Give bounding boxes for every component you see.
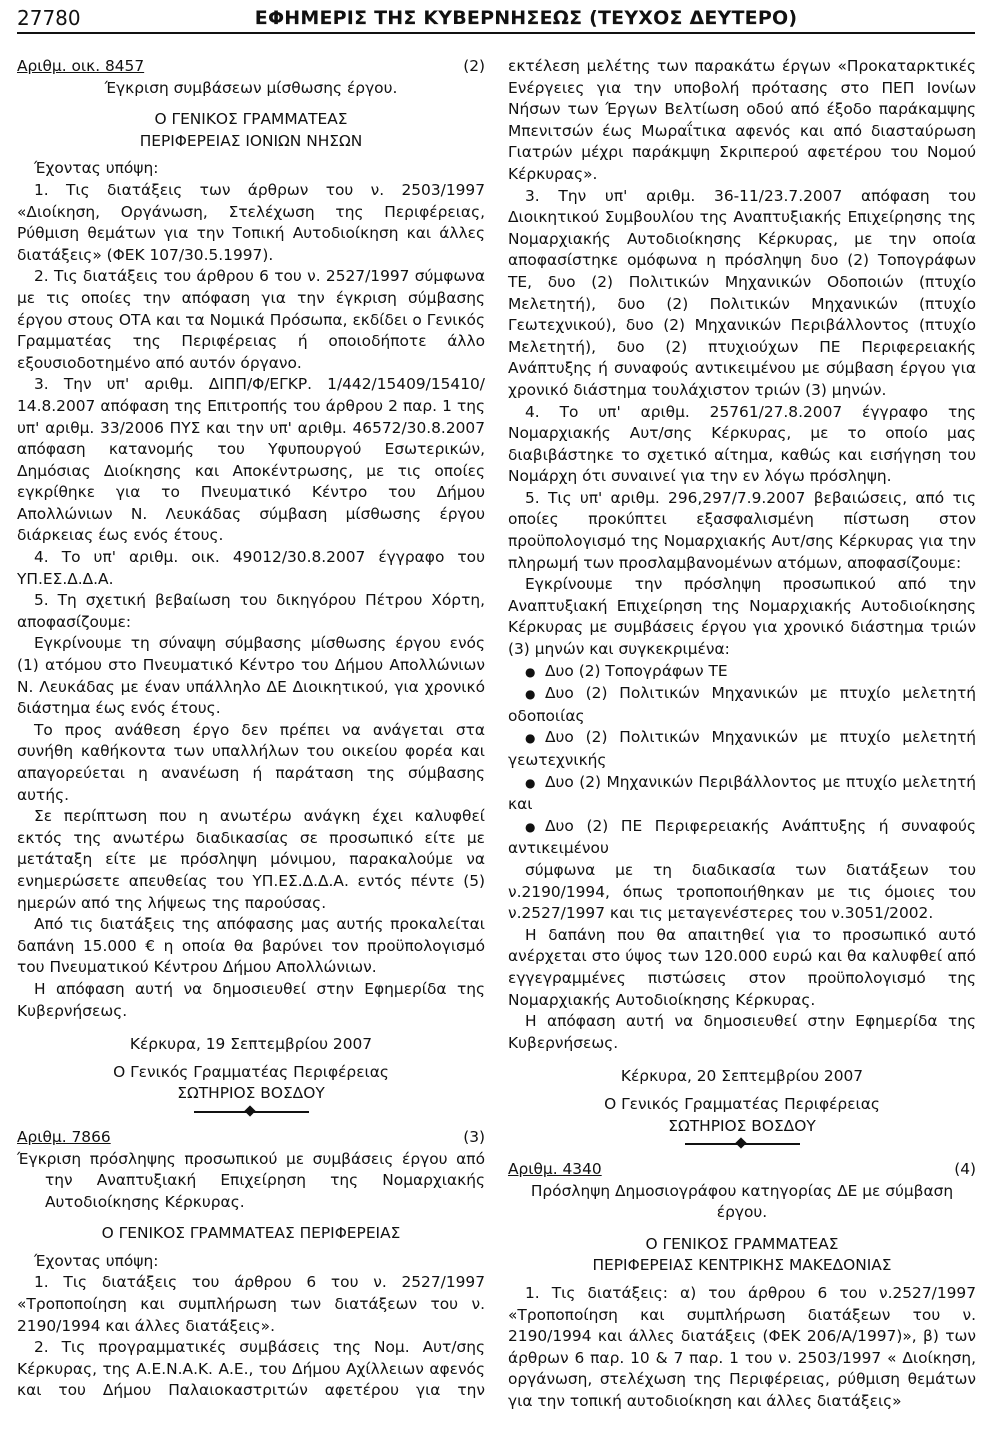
body-paragraph: σύμφωνα με τη διαδικασία των διατάξεων τ… <box>508 860 976 925</box>
decision-4: Αριθμ. 4340 (4) Πρόσληψη Δημοσιογράφου κ… <box>508 1159 976 1413</box>
body-paragraph: Η δαπάνη που θα απαιτηθεί για το προσωπι… <box>508 925 976 1011</box>
right-column: εκτέλεση μελέτης των παρακάτω έργων «Προ… <box>508 56 976 1413</box>
decision-seq: (4) <box>954 1159 976 1181</box>
place-date: Κέρκυρα, 20 Σεπτεμβρίου 2007 <box>508 1066 976 1088</box>
section-separator-icon <box>194 1107 309 1117</box>
decision-number-row: Αριθμ. 7866 (3) <box>17 1127 485 1149</box>
bullet-item: Δυο (2) Πολιτικών Μηχανικών με πτυχίο με… <box>508 683 976 727</box>
authority-heading: Ο ΓΕΝΙΚΟΣ ΓΡΑΜΜΑΤΕΑΣ ΠΕΡΙΦΕΡΕΙΑΣ ΚΕΝΤΡΙΚ… <box>508 1234 976 1277</box>
intro-text: Έχοντας υπόψη: <box>17 158 485 180</box>
authority-heading: Ο ΓΕΝΙΚΟΣ ΓΡΑΜΜΑΤΕΑΣ ΠΕΡΙΦΕΡΕΙΑΣ ΙΟΝΙΩΝ … <box>17 109 485 152</box>
considerations-item-continued: εκτέλεση μελέτης των παρακάτω έργων «Προ… <box>508 56 976 186</box>
considerations-item: 2. Τις διατάξεις του άρθρου 6 του ν. 252… <box>17 266 485 374</box>
page-header: 27780 ΕΦΗΜΕΡΙΣ ΤΗΣ ΚΥΒΕΡΝΗΣΕΩΣ (ΤΕΥΧΟΣ Δ… <box>17 4 975 34</box>
authority-line: ΠΕΡΙΦΕΡΕΙΑΣ ΙΟΝΙΩΝ ΝΗΣΩΝ <box>17 131 485 153</box>
body-paragraph: Η απόφαση αυτή να δημοσιευθεί στην Εφημε… <box>17 979 485 1022</box>
body-paragraph: Από τις διατάξεις της απόφασης μας αυτής… <box>17 914 485 979</box>
gazette-page: 27780 ΕΦΗΜΕΡΙΣ ΤΗΣ ΚΥΒΕΡΝΗΣΕΩΣ (ΤΕΥΧΟΣ Δ… <box>0 0 1000 1438</box>
decision-seq: (2) <box>463 56 485 78</box>
decision-subject: Έγκριση πρόσληψης προσωπικού με συμβάσει… <box>17 1149 485 1214</box>
place-date: Κέρκυρα, 19 Σεπτεμβρίου 2007 <box>17 1034 485 1056</box>
authority-heading: Ο ΓΕΝΙΚΟΣ ΓΡΑΜΜΑΤΕΑΣ ΠΕΡΙΦΕΡΕΙΑΣ <box>17 1223 485 1245</box>
decision-subject: Έγκριση συμβάσεων μίσθωσης έργου. <box>17 78 485 100</box>
journal-title: ΕΦΗΜΕΡΙΣ ΤΗΣ ΚΥΒΕΡΝΗΣΕΩΣ (ΤΕΥΧΟΣ ΔΕΥΤΕΡΟ… <box>17 4 975 32</box>
bullet-item: Δυο (2) Πολιτικών Μηχανικών με πτυχίο με… <box>508 727 976 771</box>
decision-number: Αριθμ. 4340 <box>508 1159 602 1181</box>
considerations-item: 5. Τις υπ' αριθμ. 296,297/7.9.2007 βεβαι… <box>508 488 976 574</box>
bullet-item: Δυο (2) Μηχανικών Περιβάλλοντος με πτυχί… <box>508 772 976 816</box>
left-column: Αριθμ. οικ. 8457 (2) Έγκριση συμβάσεων μ… <box>17 56 485 1402</box>
considerations-item: 3. Την υπ' αριθμ. ΔΙΠΠ/Φ/ΕΓΚΡ. 1/442/154… <box>17 374 485 547</box>
section-separator-icon <box>685 1139 800 1149</box>
authority-line: Ο ΓΕΝΙΚΟΣ ΓΡΑΜΜΑΤΕΑΣ <box>508 1234 976 1256</box>
signer-title: Ο Γενικός Γραμματέας Περιφέρειας <box>17 1062 485 1084</box>
considerations-item: 3. Την υπ' αριθμ. 36-11/23.7.2007 απόφασ… <box>508 186 976 402</box>
considerations-item: 1. Τις διατάξεις των άρθρων του ν. 2503/… <box>17 180 485 266</box>
considerations-item: 5. Τη σχετική βεβαίωση του δικηγόρου Πέτ… <box>17 590 485 633</box>
considerations-item: 2. Τις προγραμματικές συμβάσεις της Νομ.… <box>17 1337 485 1402</box>
body-paragraph: Το προς ανάθεση έργο δεν πρέπει να ανάγε… <box>17 720 485 806</box>
intro-text: Έχοντας υπόψη: <box>17 1251 485 1273</box>
body-paragraph: Εγκρίνουμε τη σύναψη σύμβασης μίσθωσης έ… <box>17 633 485 719</box>
signer-name: ΣΩΤΗΡΙΟΣ ΒΟΣΔΟΥ <box>17 1083 485 1105</box>
decision-number: Αριθμ. οικ. 8457 <box>17 56 144 78</box>
body-paragraph: Η απόφαση αυτή να δημοσιευθεί στην Εφημε… <box>508 1011 976 1054</box>
decision-number-row: Αριθμ. οικ. 8457 (2) <box>17 56 485 78</box>
considerations-item: 1. Τις διατάξεις: α) του άρθρου 6 του ν.… <box>508 1283 976 1413</box>
considerations-item: 1. Τις διατάξεις του άρθρου 6 του ν. 252… <box>17 1272 485 1337</box>
decision-2: Αριθμ. οικ. 8457 (2) Έγκριση συμβάσεων μ… <box>17 56 485 1117</box>
decision-number-row: Αριθμ. 4340 (4) <box>508 1159 976 1181</box>
considerations-item: 4. Το υπ' αριθμ. οικ. 49012/30.8.2007 έγ… <box>17 547 485 590</box>
decision-subject: Πρόσληψη Δημοσιογράφου κατηγορίας ΔΕ με … <box>508 1181 976 1224</box>
decision-number: Αριθμ. 7866 <box>17 1127 111 1149</box>
decision-seq: (3) <box>463 1127 485 1149</box>
signer-name: ΣΩΤΗΡΙΟΣ ΒΟΣΔΟΥ <box>508 1116 976 1138</box>
signer-title: Ο Γενικός Γραμματέας Περιφέρειας <box>508 1094 976 1116</box>
body-paragraph: Σε περίπτωση που η ανωτέρω ανάγκη έχει κ… <box>17 806 485 914</box>
decision-3: Αριθμ. 7866 (3) Έγκριση πρόσληψης προσωπ… <box>17 1127 485 1402</box>
authority-line: ΠΕΡΙΦΕΡΕΙΑΣ ΚΕΝΤΡΙΚΗΣ ΜΑΚΕΔΟΝΙΑΣ <box>508 1255 976 1277</box>
bullet-item: Δυο (2) Τοπογράφων ΤΕ <box>508 661 976 684</box>
bullet-item: Δυο (2) ΠΕ Περιφερειακής Ανάπτυξης ή συν… <box>508 816 976 860</box>
decision-3-continued: εκτέλεση μελέτης των παρακάτω έργων «Προ… <box>508 56 976 1149</box>
body-intro: Εγκρίνουμε την πρόσληψη προσωπικού από τ… <box>508 574 976 660</box>
considerations-item: 4. Το υπ' αριθμ. 25761/27.8.2007 έγγραφο… <box>508 402 976 488</box>
authority-line: Ο ΓΕΝΙΚΟΣ ΓΡΑΜΜΑΤΕΑΣ ΠΕΡΙΦΕΡΕΙΑΣ <box>17 1223 485 1245</box>
authority-line: Ο ΓΕΝΙΚΟΣ ΓΡΑΜΜΑΤΕΑΣ <box>17 109 485 131</box>
